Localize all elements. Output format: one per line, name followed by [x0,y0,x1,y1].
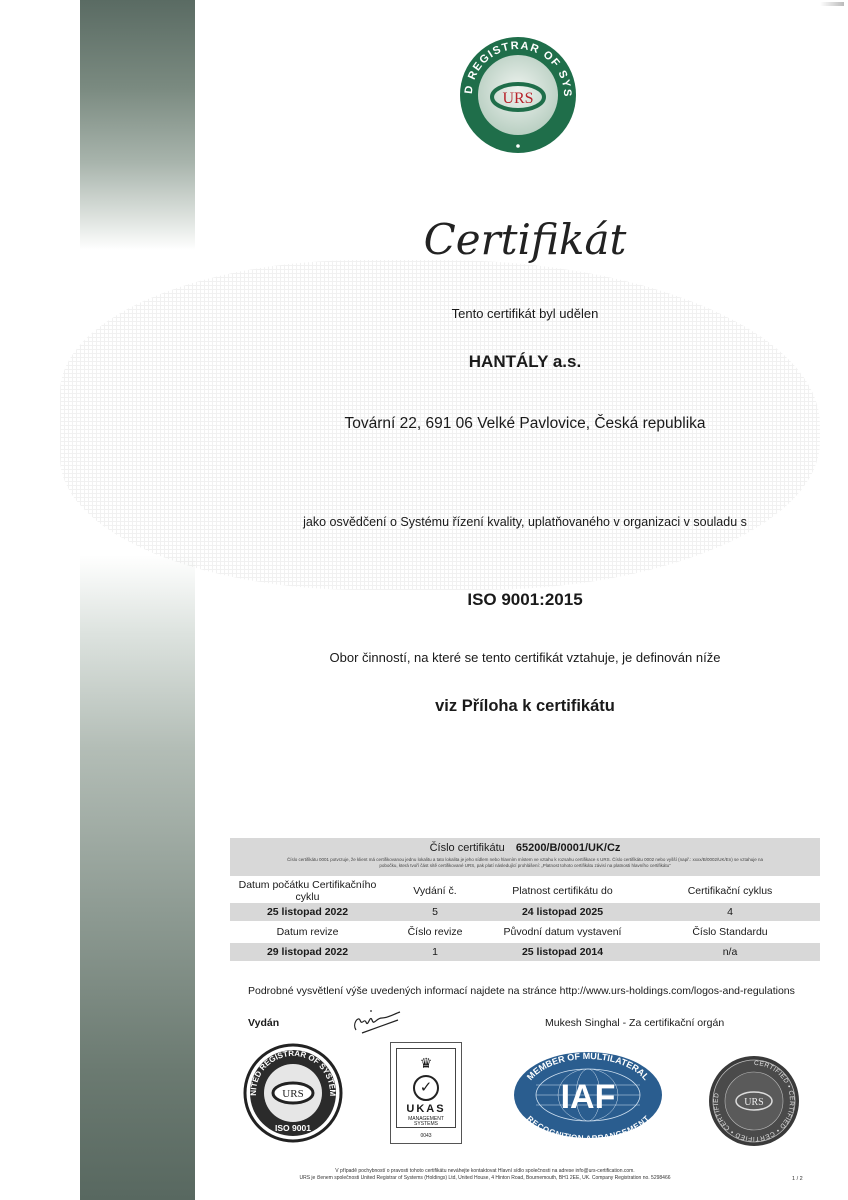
footer-line-2: URS je členem společnosti United Registr… [250,1175,720,1182]
explanation-text: Podrobné vysvětlení výše uvedených infor… [248,985,795,997]
table-cell: Číslo Standardu [640,921,820,943]
company-name: HANTÁLY a.s. [230,352,820,372]
decorative-stripe-top [80,0,195,250]
table-cell: Původní datum vystavení [485,921,640,943]
urs-iso9001-badge-icon: UNITED REGISTRAR OF SYSTEMS URS ISO 9001 [243,1043,343,1143]
certificate-number-panel: Číslo certifikátu 65200/B/0001/UK/Cz Čís… [230,838,820,876]
table-cell: 25 listopad 2014 [485,943,640,961]
table-cell: 5 [385,903,485,921]
table-cell: Platnost certifikátu do [485,879,640,903]
issued-label: Vydán [248,1017,279,1029]
svg-text:ISO 9001: ISO 9001 [275,1123,311,1133]
footer-line-1: V případě pochybností o pravosti tohoto … [250,1168,720,1175]
table-cell: 29 listopad 2022 [230,943,385,961]
table-cell: 25 listopad 2022 [230,903,385,921]
awarded-text: Tento certifikát byl udělen [230,306,820,321]
table-cell: Vydání č. [385,879,485,903]
ukas-badge: ♛ ✓ UKAS MANAGEMENT SYSTEMS 0043 [390,1042,462,1144]
certificate-title: Certifikát [230,215,820,264]
iaf-badge-icon: MEMBER OF MULTILATERAL IAF RECOGNITION A… [512,1050,664,1140]
svg-text:URS: URS [282,1088,303,1100]
standard-name: ISO 9001:2015 [230,590,820,610]
checkmark-icon: ✓ [413,1075,439,1101]
table-cell: 1 [385,943,485,961]
certificate-fine-print: Číslo certifikátu 0001 potvrzuje, že kli… [236,857,814,869]
table-cell: 4 [640,903,820,921]
table-row: 25 listopad 2022 5 24 listopad 2025 4 [230,903,820,921]
table-cell: 24 listopad 2025 [485,903,640,921]
urs-certified-seal-icon: CERTIFIED • CERTIFIED • CERTIFIED • CERT… [708,1055,800,1147]
decorative-stripe-bottom [80,555,195,1200]
table-cell: Datum počátku Certifikačního cyklu [230,879,385,903]
svg-text:IAF: IAF [561,1078,616,1116]
urs-logo-icon: UNITED REGISTRAR OF SYSTEMS URS [458,35,578,155]
certificate-details-table: Datum počátku Certifikačního cyklu Vydán… [230,879,820,961]
table-cell: Číslo revize [385,921,485,943]
table-cell: Certifikační cyklus [640,879,820,903]
page-number: 1 / 2 [792,1176,803,1182]
table-cell: Datum revize [230,921,385,943]
table-cell: n/a [640,943,820,961]
scope-intro: Obor činností, na které se tento certifi… [230,650,820,665]
svg-text:URS: URS [502,90,533,107]
footer: V případě pochybností o pravosti tohoto … [250,1168,720,1182]
certificate-number-label: Číslo certifikátu [430,842,505,854]
conformity-text: jako osvědčení o Systému řízení kvality,… [230,515,820,529]
svg-text:URS: URS [744,1097,763,1108]
table-row: Datum počátku Certifikačního cyklu Vydán… [230,879,820,903]
scope-reference: viz Příloha k certifikátu [230,697,820,716]
signature-icon [348,1006,408,1036]
table-row: 29 listopad 2022 1 25 listopad 2014 n/a [230,943,820,961]
certificate-number: Číslo certifikátu 65200/B/0001/UK/Cz [230,842,820,854]
crown-icon: ♛ [391,1055,461,1072]
company-address: Tovární 22, 691 06 Velké Pavlovice, Česk… [230,415,820,433]
signer-name: Mukesh Singhal - Za certifikační orgán [545,1017,724,1029]
certificate-number-value: 65200/B/0001/UK/Cz [516,842,621,854]
table-row: Datum revize Číslo revize Původní datum … [230,921,820,943]
scan-mark [820,2,844,6]
